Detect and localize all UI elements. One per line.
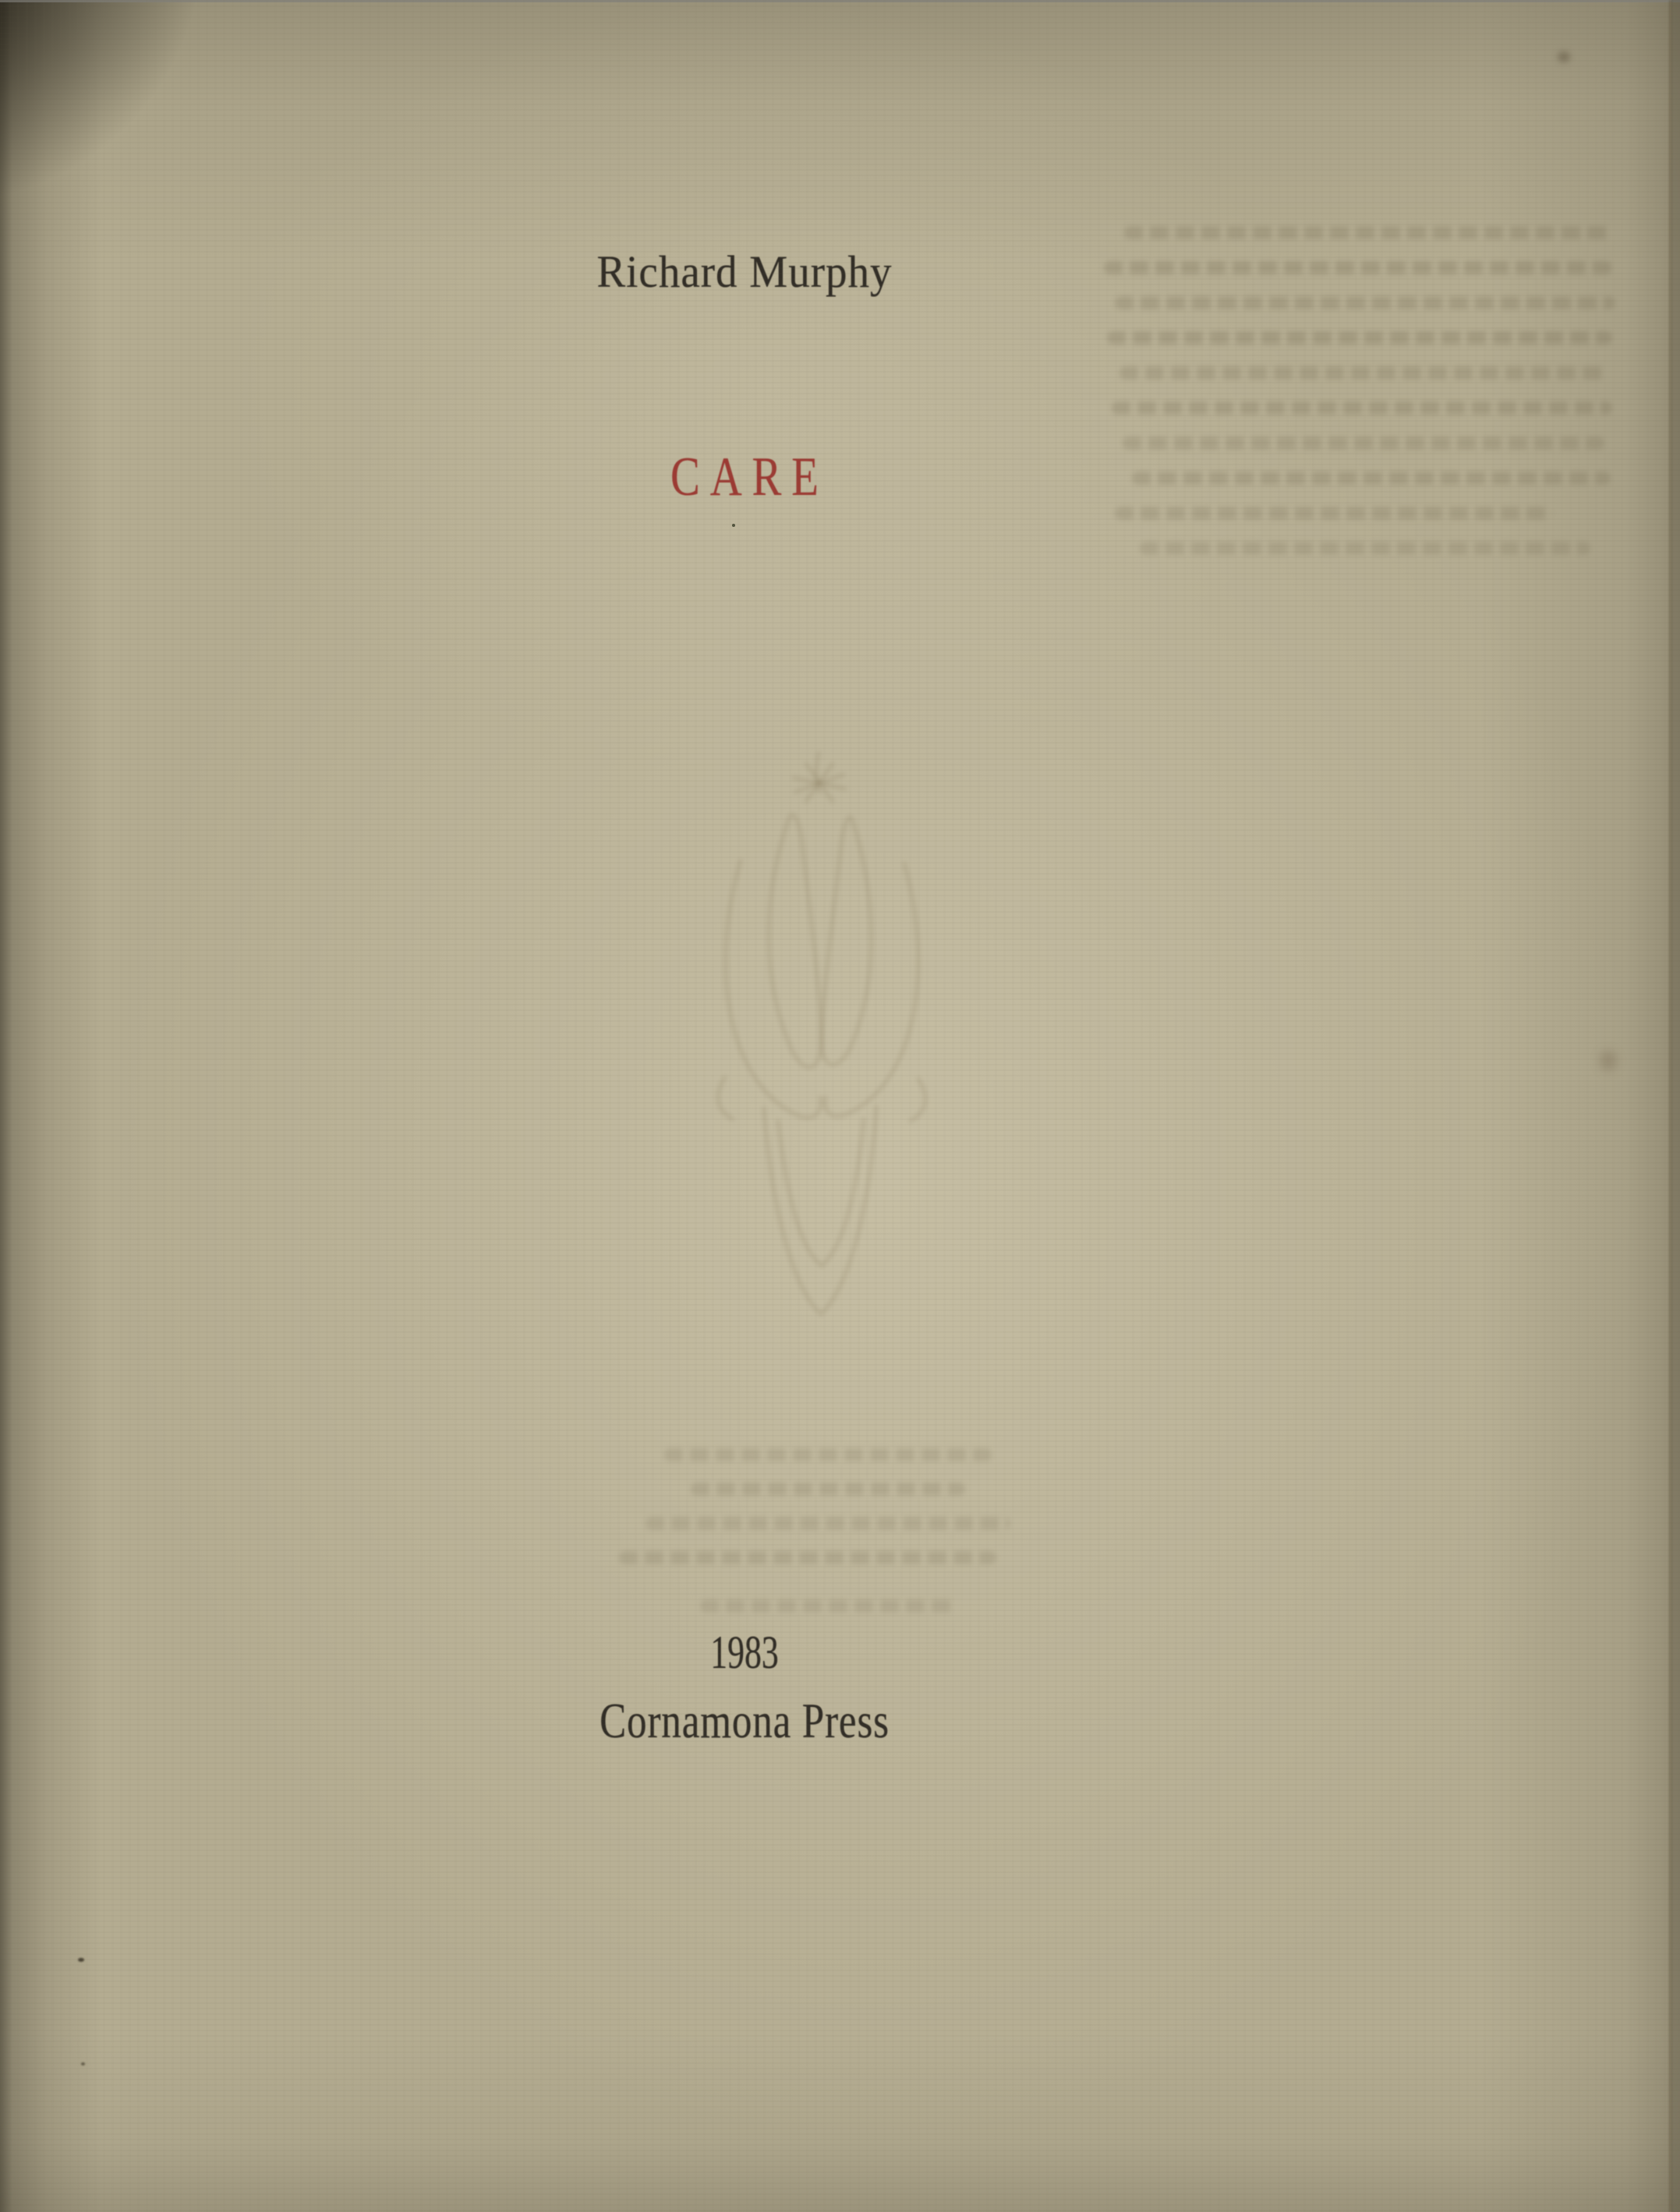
book-title: CARE	[149, 450, 1340, 505]
book-title-page-photo: Richard Murphy CARE 1983 Cornamona Press	[0, 0, 1680, 2212]
author-name: Richard Murphy	[37, 249, 1452, 295]
imprint-year: 1983	[201, 1629, 1288, 1676]
paper-speck	[1558, 51, 1570, 62]
imprint-press-name: Cornamona Press	[149, 1696, 1340, 1746]
underlying-pages-strip	[1671, 0, 1680, 2212]
title-page-text-column: Richard Murphy CARE 1983 Cornamona Press	[0, 0, 1489, 2212]
paper-speck	[1600, 1051, 1617, 1071]
